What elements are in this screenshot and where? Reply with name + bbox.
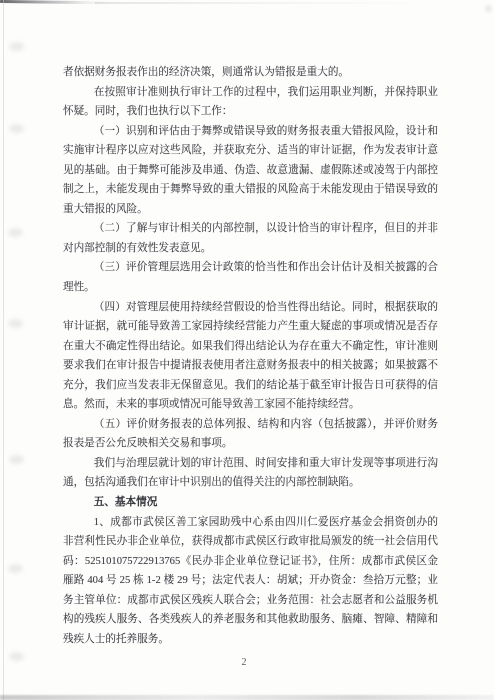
scan-smudge bbox=[8, 564, 23, 573]
scan-smudge bbox=[8, 319, 23, 328]
scan-artifact-top-right-mark bbox=[485, 5, 492, 12]
scan-smudge bbox=[9, 42, 24, 51]
paragraph: 在按照审计准则执行审计工作的过程中，我们运用职业判断，并保持职业怀疑。同时，我们… bbox=[63, 83, 438, 122]
paragraph: （二）了解与审计相关的内部控制，以设计恰当的审计程序，但目的并非对内部控制的有效… bbox=[63, 219, 438, 258]
paragraph: （三）评价管理层选用会计政策的恰当性和作出会计估计及相关披露的合理性。 bbox=[63, 258, 438, 297]
scan-artifact-bottom-shadow bbox=[0, 695, 494, 700]
scan-smudge bbox=[9, 124, 24, 133]
paragraph: 我们与治理层就计划的审计范围、时间安排和重大审计发现等事项进行沟通，包括沟通我们… bbox=[63, 454, 438, 493]
paragraph: （一）识别和评估由于舞弊或错误导致的财务报表重大错报风险，设计和实施审计程序以应… bbox=[63, 122, 438, 220]
scan-artifact-top-edge-faint bbox=[95, 2, 440, 4]
page-number: 2 bbox=[0, 657, 488, 668]
scan-artifact-left-edge bbox=[3, 0, 4, 700]
scan-artifact-top-edge-dark bbox=[0, 0, 112, 4]
scan-smudge bbox=[8, 228, 23, 237]
document-page: 者依据财务报表作出的经济决策，则通常认为错报是重大的。在按照审计准则执行审计工作… bbox=[0, 0, 494, 700]
document-body: 者依据财务报表作出的经济决策，则通常认为错报是重大的。在按照审计准则执行审计工作… bbox=[63, 63, 438, 649]
paragraph: 1、成都市武侯区善工家园助残中心系由四川仁爱医疗基金会捐资创办的非营利性民办非企… bbox=[63, 513, 438, 650]
paragraph: （四）对管理层使用持续经营假设的恰当性得出结论。同时，根据获取的审计证据，就可能… bbox=[63, 298, 438, 415]
paragraph: 者依据财务报表作出的经济决策，则通常认为错报是重大的。 bbox=[63, 63, 438, 83]
section-heading: 五、基本情况 bbox=[63, 493, 438, 513]
scan-smudge bbox=[9, 455, 24, 464]
paragraph: （五）评价财务报表的总体列报、结构和内容（包括披露），并评价财务报表是否公允反映… bbox=[63, 415, 438, 454]
